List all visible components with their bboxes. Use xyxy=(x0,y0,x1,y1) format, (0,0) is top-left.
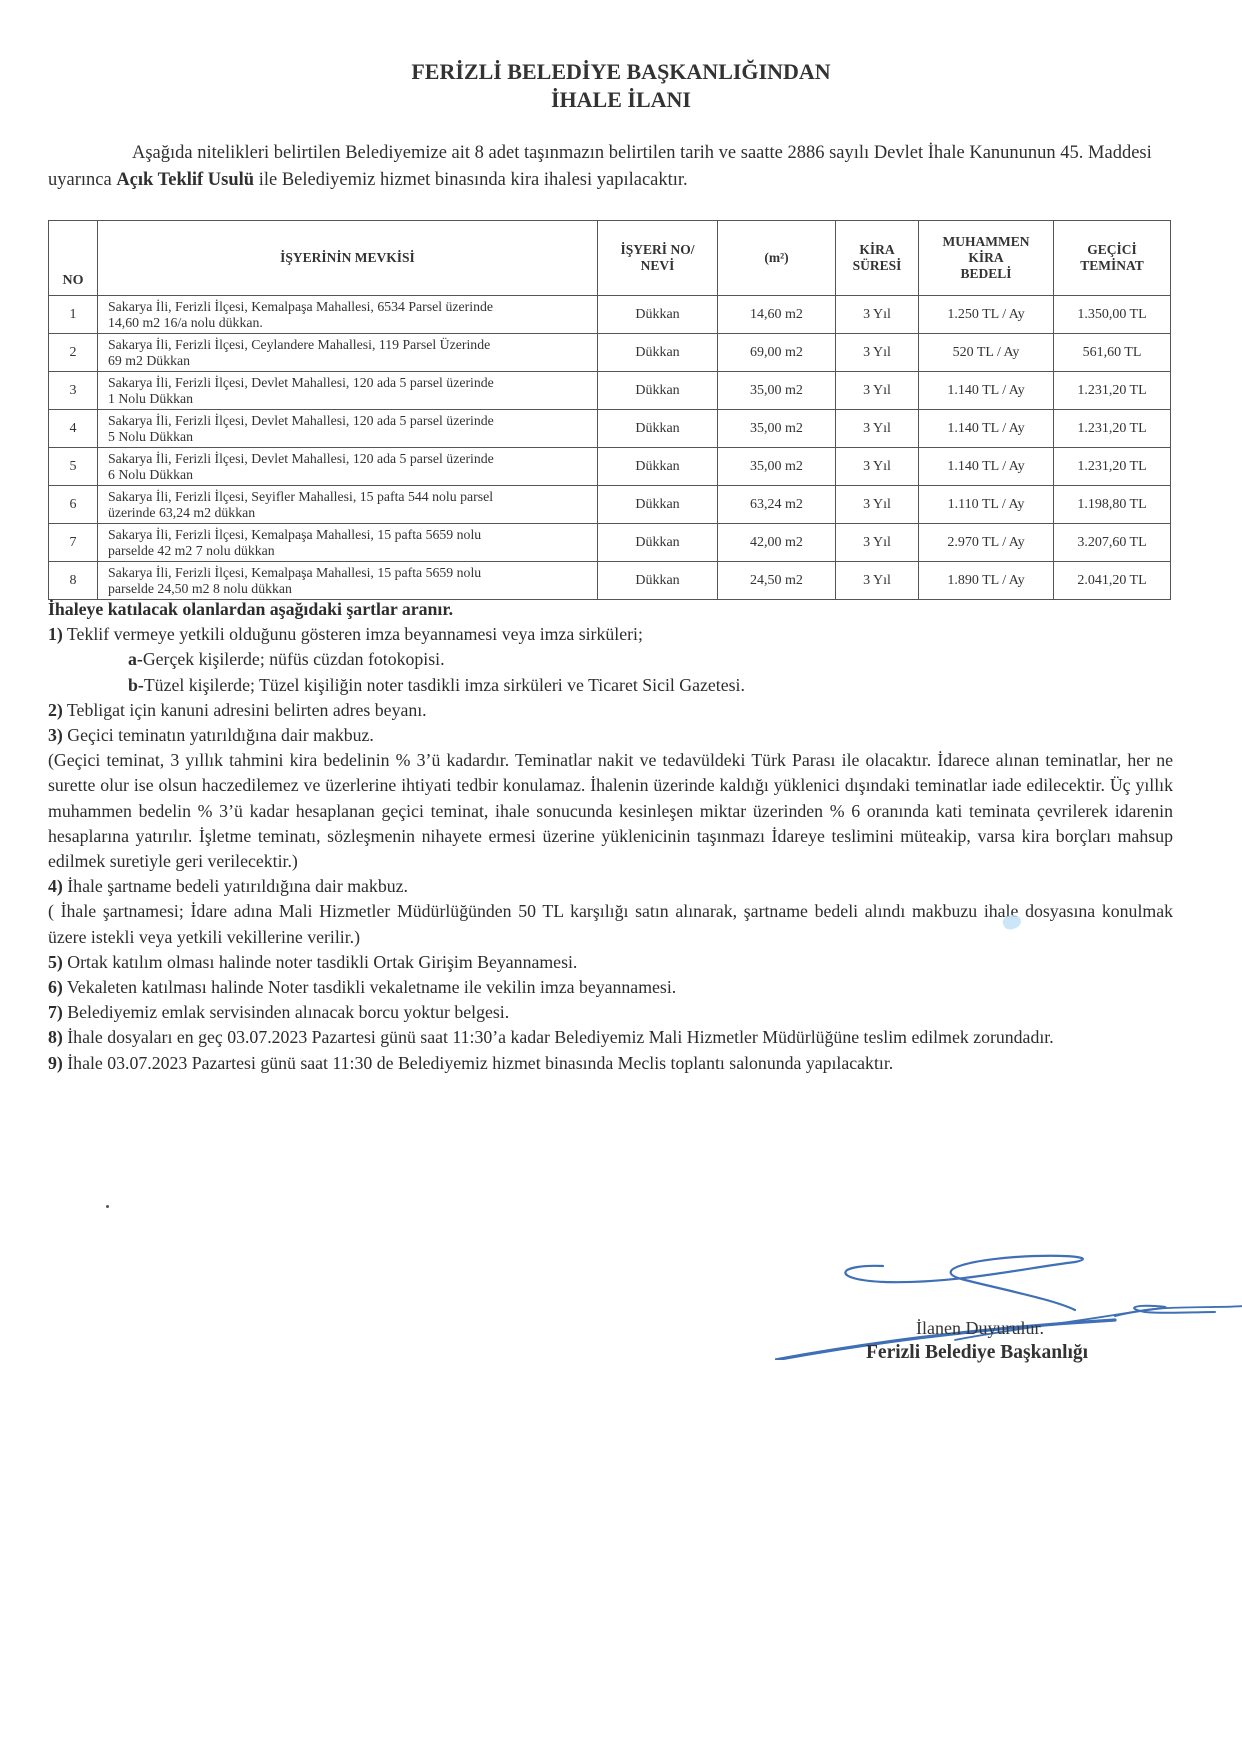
condition-6: 6) Vekaleten katılması halinde Noter tas… xyxy=(48,975,1173,1000)
cell-location: Sakarya İli, Ferizli İlçesi, Kemalpaşa M… xyxy=(98,524,598,562)
condition-1a: a-Gerçek kişilerde; nüfüs cüzdan fotokop… xyxy=(48,647,1173,672)
cell-deposit: 3.207,60 TL xyxy=(1054,524,1171,562)
conditions-heading: İhaleye katılacak olanlardan aşağıdaki ş… xyxy=(48,597,1173,622)
intro-paragraph: Aşağıda nitelikleri belirtilen Belediyem… xyxy=(48,140,1173,194)
col-header-location: İŞYERİNİN MEVKİSİ xyxy=(98,221,598,296)
cell-estimated-rent: 1.140 TL / Ay xyxy=(919,372,1054,410)
condition-9: 9) İhale 03.07.2023 Pazartesi günü saat … xyxy=(48,1051,1173,1076)
table-row: 1Sakarya İli, Ferizli İlçesi, Kemalpaşa … xyxy=(49,296,1171,334)
table-row: 6Sakarya İli, Ferizli İlçesi, Seyifler M… xyxy=(49,486,1171,524)
cell-no: 6 xyxy=(49,486,98,524)
table-row: 7Sakarya İli, Ferizli İlçesi, Kemalpaşa … xyxy=(49,524,1171,562)
cell-location: Sakarya İli, Ferizli İlçesi, Seyifler Ma… xyxy=(98,486,598,524)
cell-area: 42,00 m2 xyxy=(718,524,836,562)
condition-1b: b-Tüzel kişilerde; Tüzel kişiliğin noter… xyxy=(48,673,1173,698)
cell-estimated-rent: 1.140 TL / Ay xyxy=(919,410,1054,448)
cell-duration: 3 Yıl xyxy=(836,334,919,372)
cell-duration: 3 Yıl xyxy=(836,486,919,524)
col-header-no: NO xyxy=(49,221,98,296)
cell-type: Dükkan xyxy=(598,410,718,448)
table-row: 5Sakarya İli, Ferizli İlçesi, Devlet Mah… xyxy=(49,448,1171,486)
cell-area: 14,60 m2 xyxy=(718,296,836,334)
cell-type: Dükkan xyxy=(598,448,718,486)
cell-deposit: 1.231,20 TL xyxy=(1054,410,1171,448)
condition-2: 2) Tebligat için kanuni adresini belirte… xyxy=(48,698,1173,723)
cell-area: 35,00 m2 xyxy=(718,372,836,410)
title-institution: FERİZLİ BELEDİYE BAŞKANLIĞINDAN xyxy=(0,58,1242,86)
cell-no: 2 xyxy=(49,334,98,372)
document-title: FERİZLİ BELEDİYE BAŞKANLIĞINDAN İHALE İL… xyxy=(0,58,1242,114)
cell-type: Dükkan xyxy=(598,524,718,562)
cell-deposit: 1.231,20 TL xyxy=(1054,448,1171,486)
cell-deposit: 1.231,20 TL xyxy=(1054,372,1171,410)
cell-type: Dükkan xyxy=(598,296,718,334)
cell-location: Sakarya İli, Ferizli İlçesi, Kemalpaşa M… xyxy=(98,562,598,600)
property-table: NO İŞYERİNİN MEVKİSİ İŞYERİ NO/NEVİ (m²)… xyxy=(48,220,1171,600)
title-notice: İHALE İLANI xyxy=(0,86,1242,114)
condition-3-note: (Geçici teminat, 3 yıllık tahmini kira b… xyxy=(48,748,1173,874)
cell-estimated-rent: 1.250 TL / Ay xyxy=(919,296,1054,334)
cell-deposit: 2.041,20 TL xyxy=(1054,562,1171,600)
cell-no: 3 xyxy=(49,372,98,410)
cell-duration: 3 Yıl xyxy=(836,448,919,486)
col-header-deposit: GEÇİCİTEMİNAT xyxy=(1054,221,1171,296)
cell-area: 35,00 m2 xyxy=(718,410,836,448)
condition-1: 1) Teklif vermeye yetkili olduğunu göste… xyxy=(48,622,1173,647)
col-header-type: İŞYERİ NO/NEVİ xyxy=(598,221,718,296)
col-header-estimated-rent: MUHAMMENKİRABEDELİ xyxy=(919,221,1054,296)
table-row: 2Sakarya İli, Ferizli İlçesi, Ceylandere… xyxy=(49,334,1171,372)
announcement-closing: İlanen Duyurulur. xyxy=(916,1318,1044,1339)
cell-no: 1 xyxy=(49,296,98,334)
cell-location: Sakarya İli, Ferizli İlçesi, Ceylandere … xyxy=(98,334,598,372)
condition-5: 5) Ortak katılım olması halinde noter ta… xyxy=(48,950,1173,975)
cell-estimated-rent: 1.890 TL / Ay xyxy=(919,562,1054,600)
cell-duration: 3 Yıl xyxy=(836,524,919,562)
cell-area: 69,00 m2 xyxy=(718,334,836,372)
table-row: 3Sakarya İli, Ferizli İlçesi, Devlet Mah… xyxy=(49,372,1171,410)
table-row: 4Sakarya İli, Ferizli İlçesi, Devlet Mah… xyxy=(49,410,1171,448)
cell-type: Dükkan xyxy=(598,334,718,372)
col-header-area: (m²) xyxy=(718,221,836,296)
cell-location: Sakarya İli, Ferizli İlçesi, Devlet Maha… xyxy=(98,372,598,410)
cell-duration: 3 Yıl xyxy=(836,372,919,410)
condition-7: 7) Belediyemiz emlak servisinden alınaca… xyxy=(48,1000,1173,1025)
condition-4: 4) İhale şartname bedeli yatırıldığına d… xyxy=(48,874,1173,899)
condition-8: 8) İhale dosyaları en geç 03.07.2023 Paz… xyxy=(48,1025,1173,1050)
cell-no: 5 xyxy=(49,448,98,486)
cell-type: Dükkan xyxy=(598,486,718,524)
cell-type: Dükkan xyxy=(598,562,718,600)
scan-speck xyxy=(106,1205,109,1208)
intro-method: Açık Teklif Usulü xyxy=(116,170,254,190)
cell-duration: 3 Yıl xyxy=(836,562,919,600)
cell-deposit: 1.350,00 TL xyxy=(1054,296,1171,334)
cell-area: 63,24 m2 xyxy=(718,486,836,524)
col-header-duration: KİRASÜRESİ xyxy=(836,221,919,296)
cell-duration: 3 Yıl xyxy=(836,296,919,334)
cell-no: 4 xyxy=(49,410,98,448)
cell-area: 24,50 m2 xyxy=(718,562,836,600)
cell-estimated-rent: 2.970 TL / Ay xyxy=(919,524,1054,562)
cell-area: 35,00 m2 xyxy=(718,448,836,486)
cell-location: Sakarya İli, Ferizli İlçesi, Kemalpaşa M… xyxy=(98,296,598,334)
issuer-name: Ferizli Belediye Başkanlığı xyxy=(866,1342,1088,1364)
cell-duration: 3 Yıl xyxy=(836,410,919,448)
table-header-row: NO İŞYERİNİN MEVKİSİ İŞYERİ NO/NEVİ (m²)… xyxy=(49,221,1171,296)
cell-no: 8 xyxy=(49,562,98,600)
cell-estimated-rent: 1.140 TL / Ay xyxy=(919,448,1054,486)
conditions-section: İhaleye katılacak olanlardan aşağıdaki ş… xyxy=(48,597,1173,1076)
cell-estimated-rent: 520 TL / Ay xyxy=(919,334,1054,372)
cell-estimated-rent: 1.110 TL / Ay xyxy=(919,486,1054,524)
cell-location: Sakarya İli, Ferizli İlçesi, Devlet Maha… xyxy=(98,448,598,486)
cell-no: 7 xyxy=(49,524,98,562)
condition-3: 3) Geçici teminatın yatırıldığına dair m… xyxy=(48,723,1173,748)
cell-location: Sakarya İli, Ferizli İlçesi, Devlet Maha… xyxy=(98,410,598,448)
cell-deposit: 1.198,80 TL xyxy=(1054,486,1171,524)
table-row: 8Sakarya İli, Ferizli İlçesi, Kemalpaşa … xyxy=(49,562,1171,600)
cell-deposit: 561,60 TL xyxy=(1054,334,1171,372)
cell-type: Dükkan xyxy=(598,372,718,410)
